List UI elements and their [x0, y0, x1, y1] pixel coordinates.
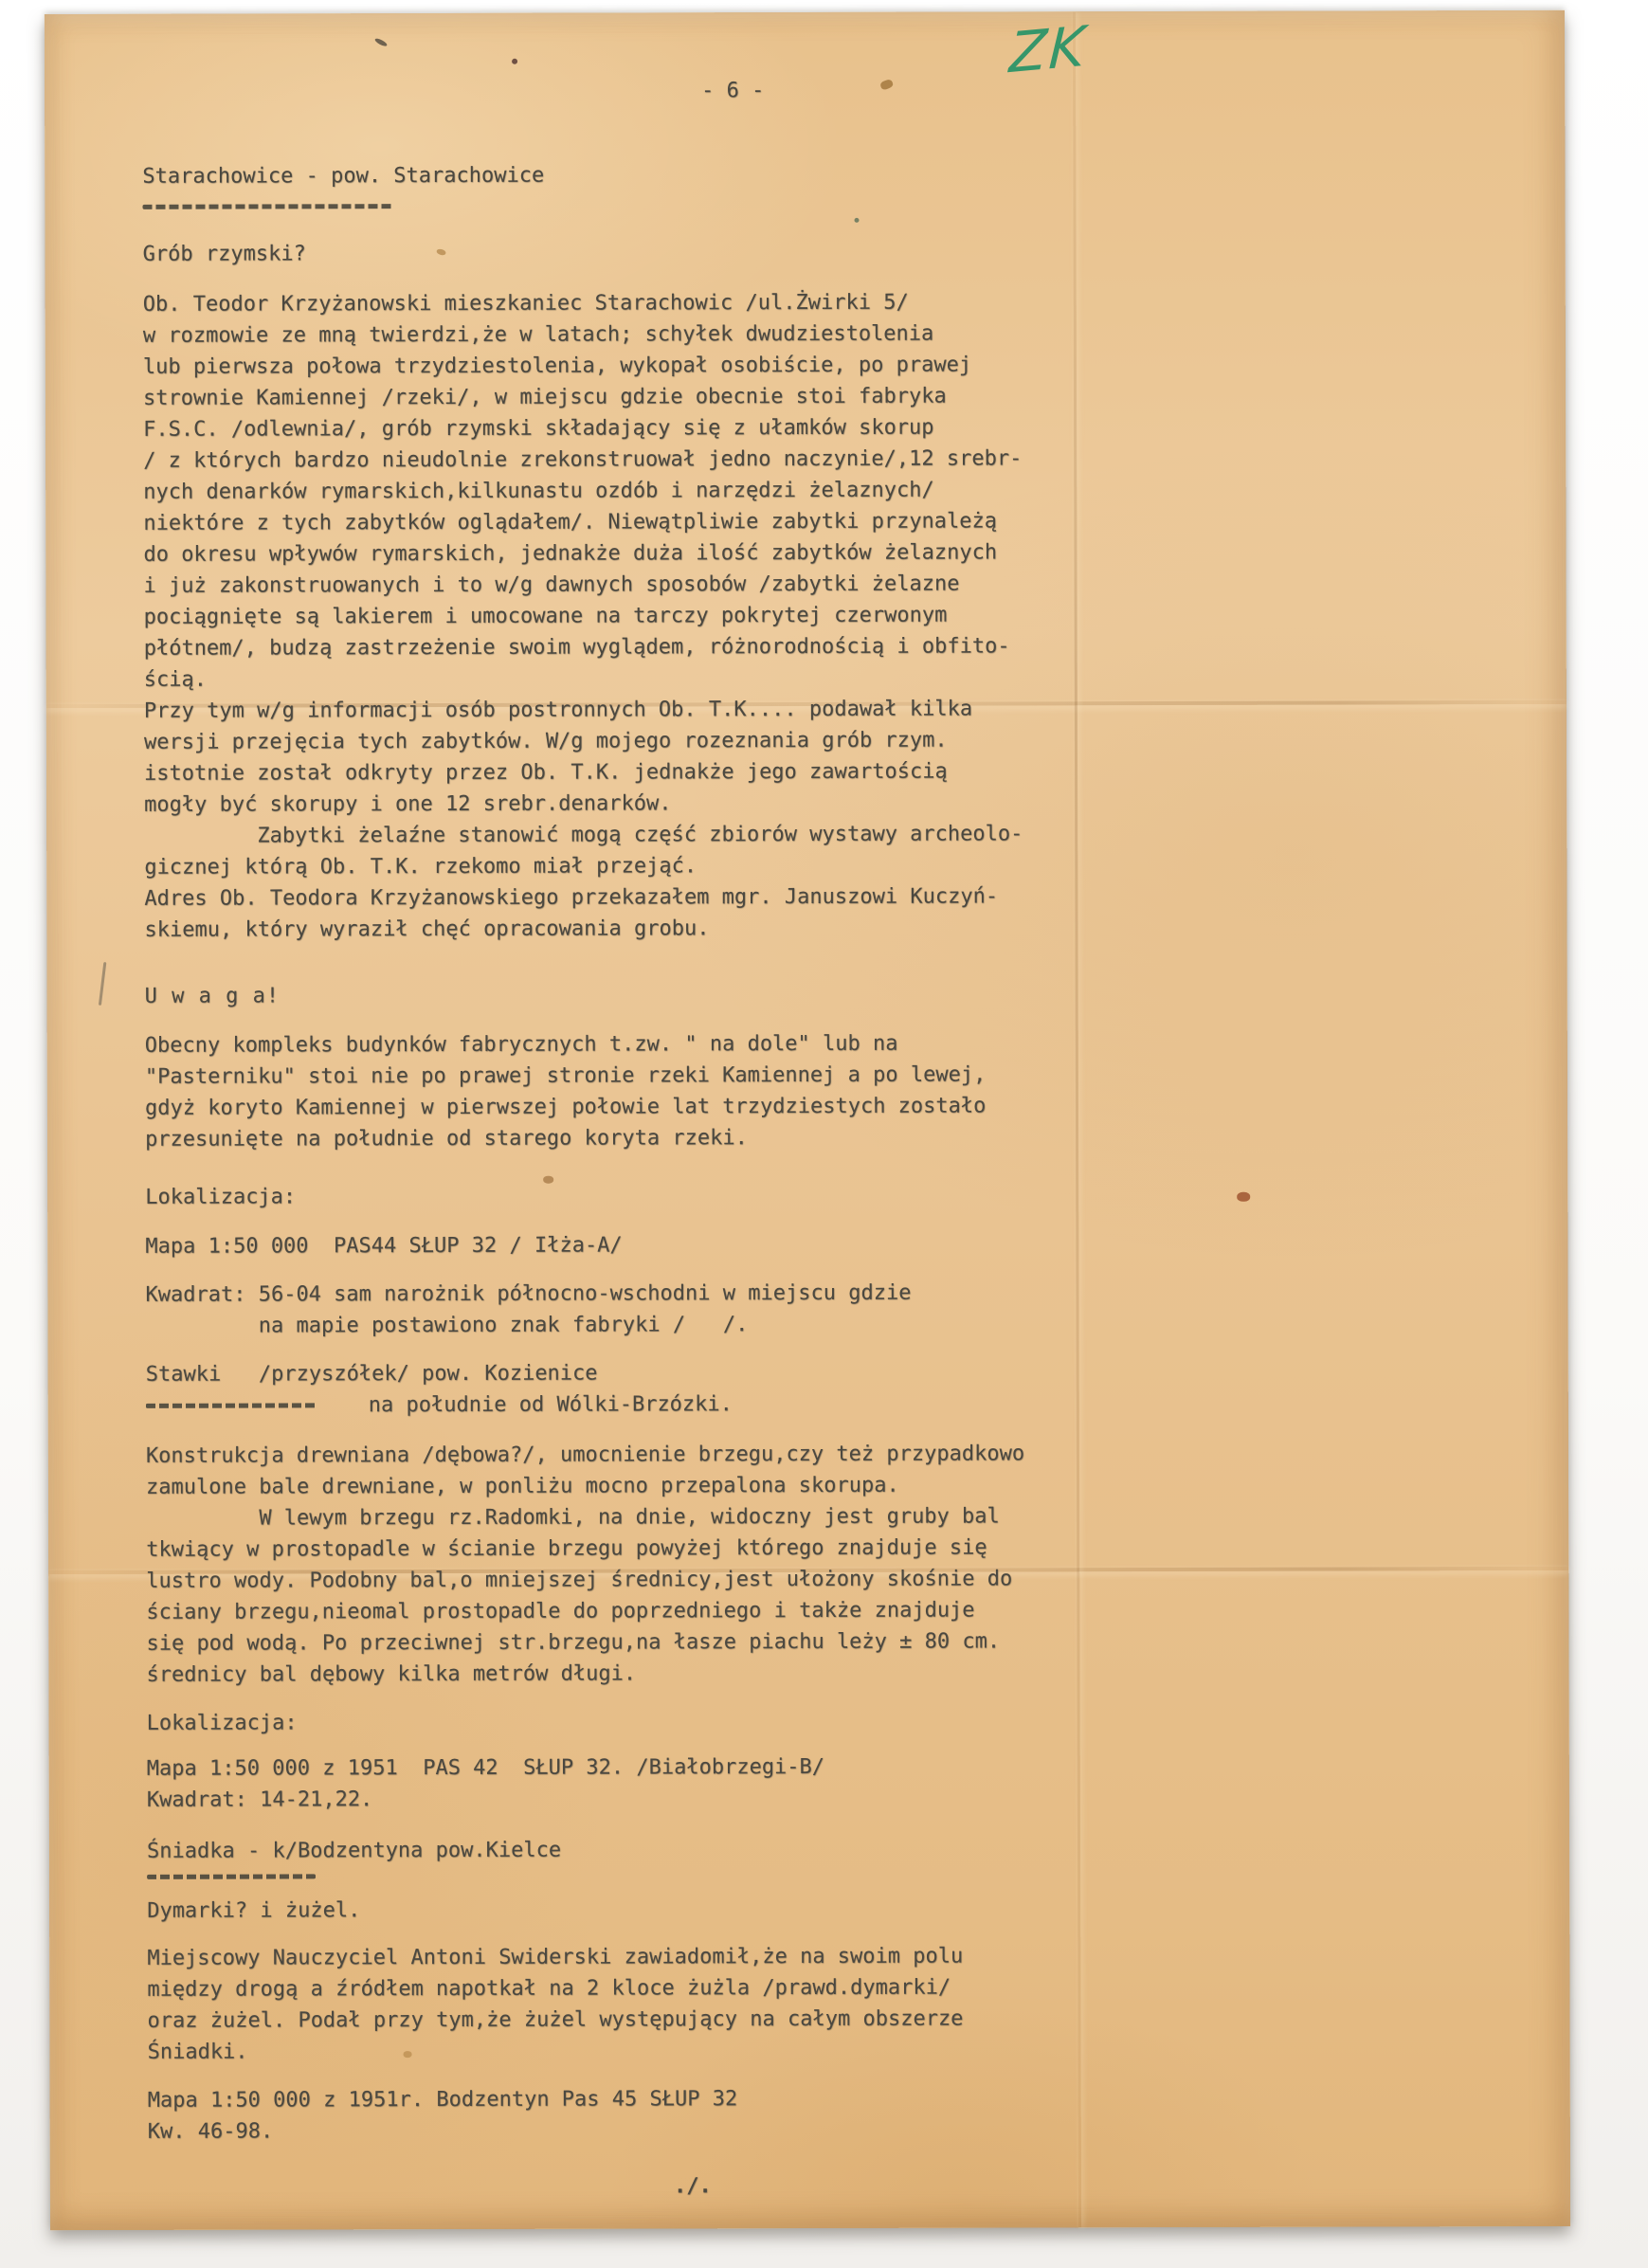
paragraph-stawki: Konstrukcja drewniana /dębowa?/, umocnie…: [146, 1438, 1265, 1691]
uwaga-heading: U w a g a!: [145, 978, 1263, 1012]
paragraph-sniadka: Miejscowy Nauczyciel Antoni Swiderski za…: [147, 1940, 1265, 2068]
map-reference-1: Mapa 1:50 000 PAS44 SŁUP 32 / Iłża-A/: [145, 1228, 1263, 1262]
lokalizacja-label-1: Lokalizacja:: [145, 1179, 1263, 1213]
scanned-page: ZK - 6 - Starachowice - pow. Starachowic…: [0, 0, 1648, 2268]
paragraph-grob-rzymski: Ob. Teodor Krzyżanowski mieszkaniec Star…: [143, 286, 1263, 946]
stawki-underline: [146, 1403, 317, 1407]
document-body: - 6 - Starachowice - pow. Starachowice G…: [142, 11, 1266, 2204]
subheading-dymarki: Dymarki? i żużel.: [147, 1893, 1265, 1927]
subheading-grob-rzymski: Grób rzymski?: [143, 236, 1261, 270]
paragraph-uwaga: Obecny kompleks budynków fabrycznych t.z…: [145, 1027, 1263, 1155]
section-heading-starachowice: Starachowice - pow. Starachowice: [142, 158, 1260, 192]
map-reference-3: Mapa 1:50 000 z 1951r. Bodzentyn Pas 45 …: [148, 2082, 1266, 2148]
map-reference-2: Mapa 1:50 000 z 1951 PAS 42 SŁUP 32. /Bi…: [147, 1751, 1265, 1816]
lokalizacja-label-2: Lokalizacja:: [147, 1705, 1265, 1739]
heading-underline: [142, 204, 393, 209]
sniadka-underline: [147, 1874, 316, 1878]
section-heading-stawki: Stawki /przyszółek/ pow. Kozienice: [146, 1356, 1264, 1390]
stawki-subline: na południe od Wólki-Brzózki.: [369, 1388, 733, 1421]
paper-sheet: ZK - 6 - Starachowice - pow. Starachowic…: [45, 10, 1570, 2230]
footer-mark: ./.: [674, 2169, 1266, 2203]
page-number: - 6 -: [701, 11, 1260, 107]
section-stawki: Stawki /przyszółek/ pow. Kozienice na po…: [146, 1356, 1264, 1422]
section-heading-sniadka: Śniadka - k/Bodzentyna pow.Kielce: [147, 1833, 1265, 1867]
stawki-second-line: na południe od Wólki-Brzózki.: [146, 1388, 1264, 1422]
pen-margin-mark: [99, 962, 106, 1006]
kwadrat-reference-1: Kwadrat: 56-04 sam narożnik północno-wsc…: [145, 1277, 1263, 1342]
